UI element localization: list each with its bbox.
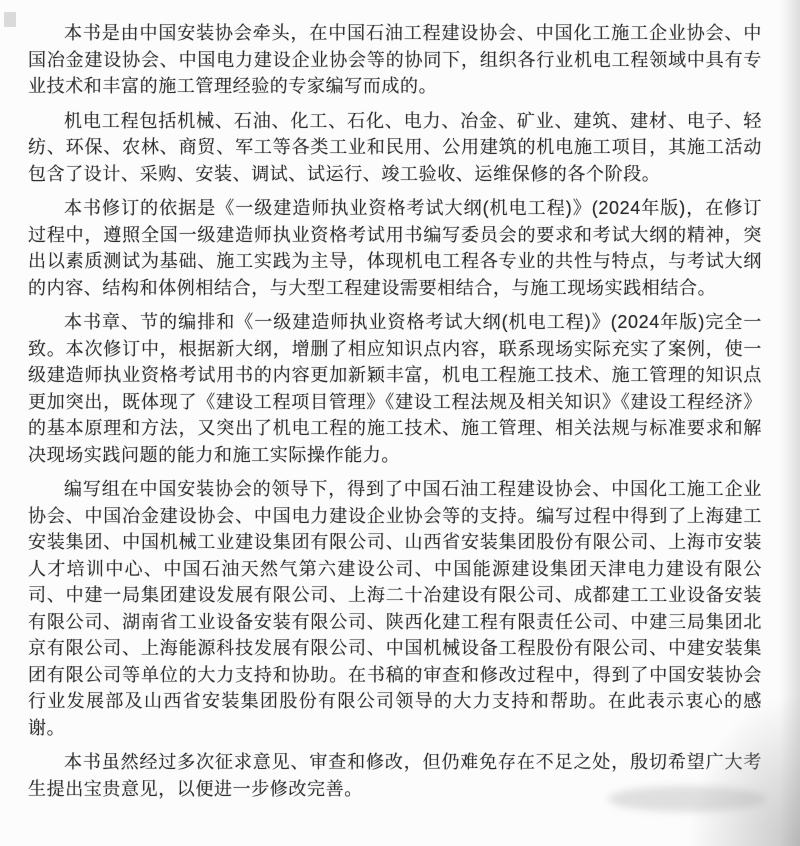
scan-artifact-top-left: [4, 12, 16, 27]
paragraph: 本书章、节的编排和《一级建造师执业资格考试大纲(机电工程)》(2024年版)完全…: [28, 309, 762, 468]
page-edge-shadow: [780, 0, 800, 846]
paragraph: 编写组在中国安装协会的领导下，得到了中国石油工程建设协会、中国化工施工企业协会、…: [28, 476, 762, 741]
preface-text-block: 本书是由中国安装协会牵头，在中国石油工程建设协会、中国化工施工企业协会、中国冶金…: [28, 20, 762, 810]
paragraph: 本书修订的依据是《一级建造师执业资格考试大纲(机电工程)》(2024年版)，在修…: [28, 195, 762, 301]
paragraph: 本书虽然经过多次征求意见、审查和修改，但仍难免存在不足之处，殷切希望广大考生提出…: [28, 749, 762, 802]
paragraph: 本书是由中国安装协会牵头，在中国石油工程建设协会、中国化工施工企业协会、中国冶金…: [28, 20, 762, 100]
paragraph: 机电工程包括机械、石油、化工、石化、电力、冶金、矿业、建筑、建材、电子、轻纺、环…: [28, 108, 762, 188]
document-page: 本书是由中国安装协会牵头，在中国石油工程建设协会、中国化工施工企业协会、中国冶金…: [0, 0, 800, 846]
